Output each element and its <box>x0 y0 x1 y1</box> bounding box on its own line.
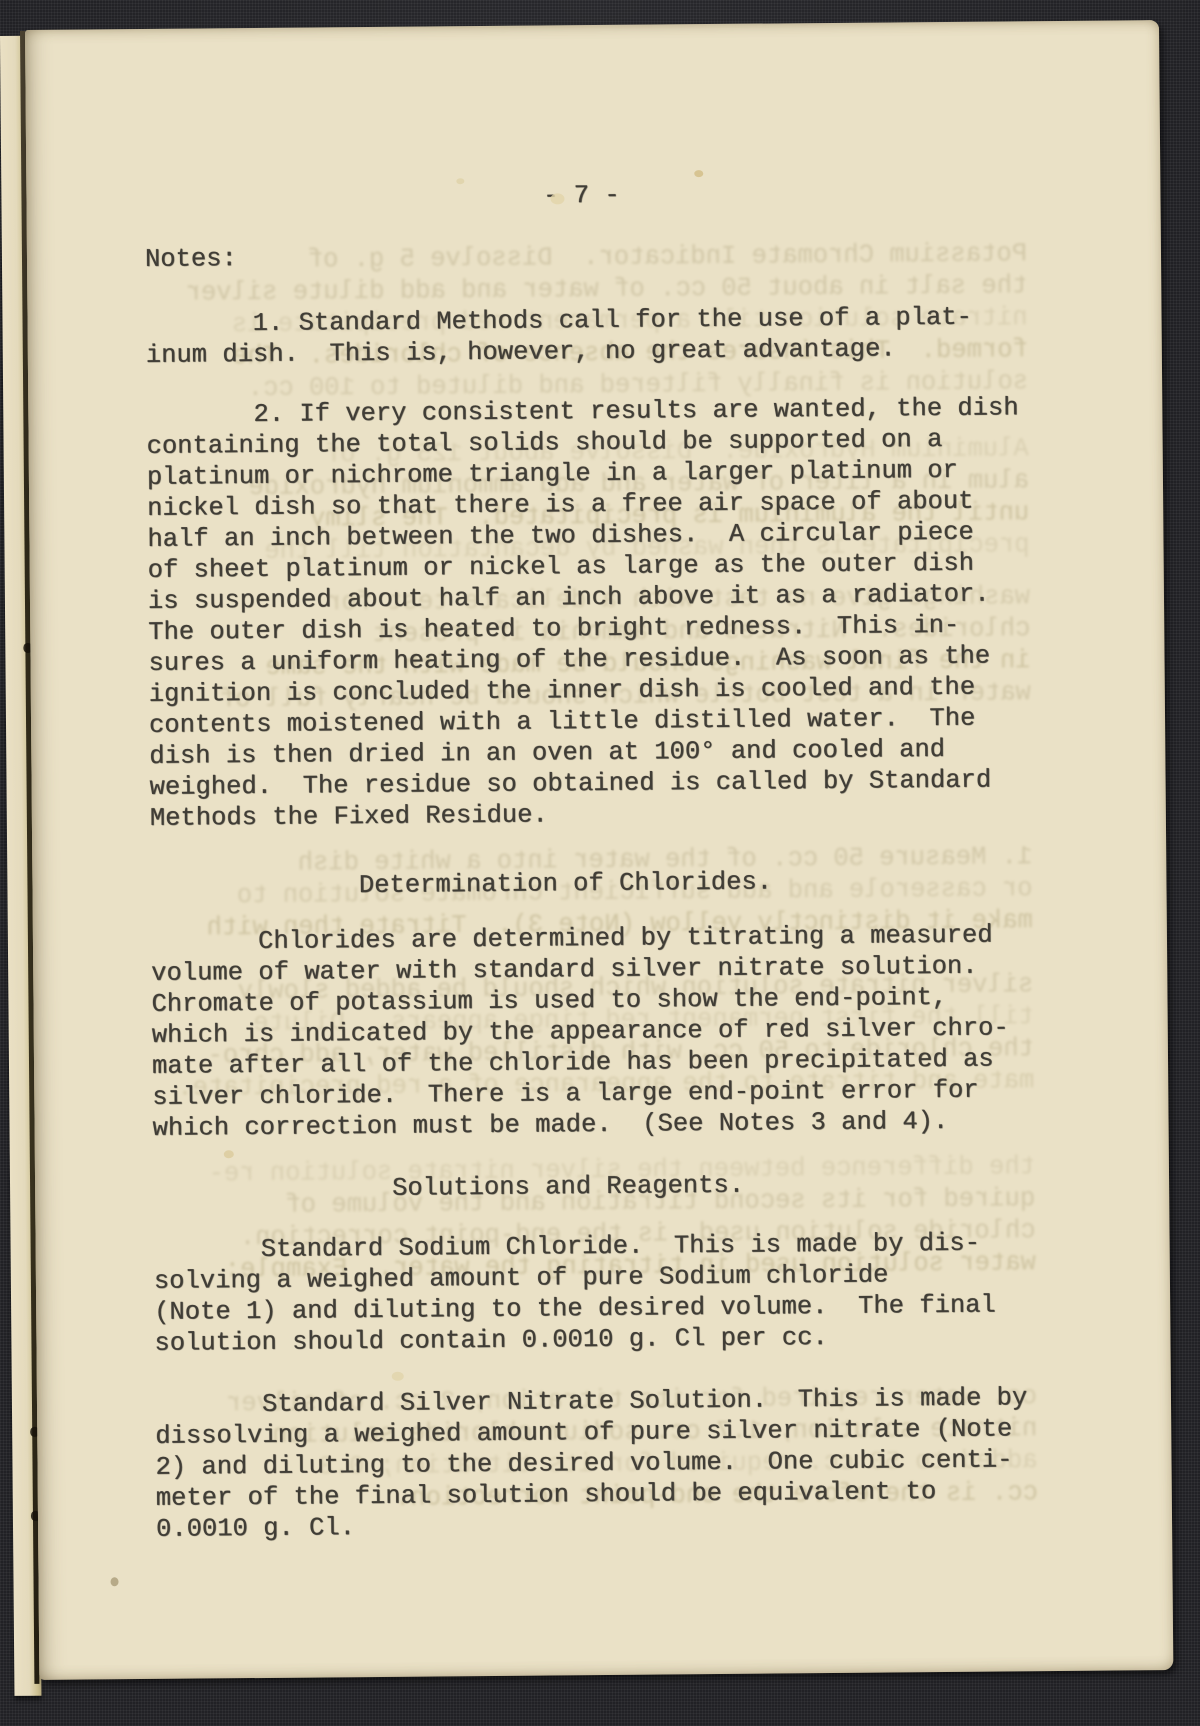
foxing-speck <box>550 193 564 204</box>
typewritten-line: 0.0010 g. Cl. <box>156 1512 355 1545</box>
foxing-speck <box>456 178 464 184</box>
foxing-speck <box>694 170 703 177</box>
document-page: Potassium Chromate Indicator. Dissolve 5… <box>25 20 1173 1680</box>
foxing-speck <box>392 1372 404 1381</box>
typewritten-line: inum dish. This is, however, no great ad… <box>146 333 896 371</box>
foxing-speck <box>224 1150 234 1158</box>
typewritten-line: solution should contain 0.0010 g. Cl per… <box>154 1322 828 1359</box>
foxing-speck <box>111 1577 119 1586</box>
typewritten-line: Methods the Fixed Residue. <box>150 799 548 833</box>
scanned-book-page: Potassium Chromate Indicator. Dissolve 5… <box>0 0 1200 1726</box>
